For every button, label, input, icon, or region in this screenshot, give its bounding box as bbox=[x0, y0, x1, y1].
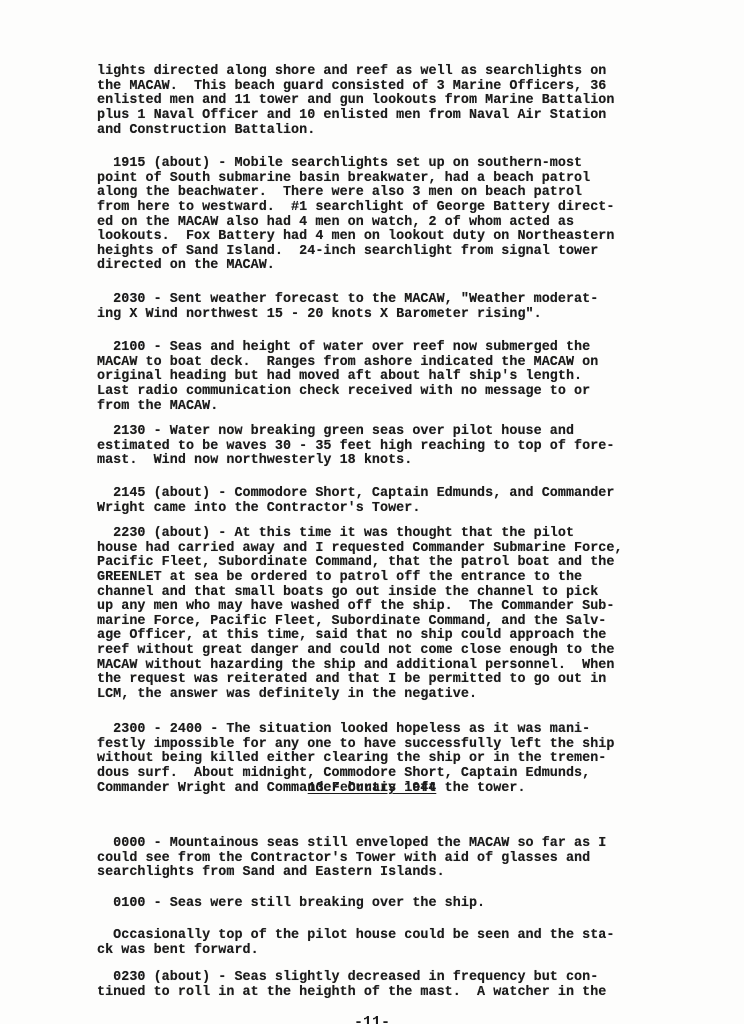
line: MACAW without hazarding the ship and add… bbox=[97, 658, 614, 673]
line: dous surf. About midnight, Commodore Sho… bbox=[97, 766, 590, 781]
line: up any men who may have washed off the s… bbox=[97, 599, 614, 614]
line: GREENLET at sea be ordered to patrol off… bbox=[97, 570, 582, 585]
line: 0000 - Mountainous seas still enveloped … bbox=[97, 836, 606, 851]
body-text-0230: 0230 (about) - Seas slightly decreased i… bbox=[97, 942, 663, 1024]
line: tinued to roll in at the heighth of the … bbox=[97, 985, 606, 1000]
page-number: -11- bbox=[0, 1014, 744, 1024]
line: point of South submarine basin breakwate… bbox=[97, 171, 590, 186]
line: channel and that small boats go out insi… bbox=[97, 585, 598, 600]
line: festly impossible for any one to have su… bbox=[97, 737, 614, 752]
line: 2030 - Sent weather forecast to the MACA… bbox=[97, 292, 598, 307]
line: age Officer, at this time, said that no … bbox=[97, 628, 606, 643]
line: the MACAW. This beach guard consisted of… bbox=[97, 79, 606, 94]
line: lights directed along shore and reef as … bbox=[97, 64, 606, 79]
line: 1915 (about) - Mobile searchlights set u… bbox=[97, 156, 582, 171]
line: lookouts. Fox Battery had 4 men on looko… bbox=[97, 229, 614, 244]
line: 2130 - Water now breaking green seas ove… bbox=[97, 424, 574, 439]
line: reef without great danger and could not … bbox=[97, 643, 614, 658]
paragraph-2230: 2230 (about) - At this time it was thoug… bbox=[97, 527, 663, 702]
line: house had carried away and I requested C… bbox=[97, 541, 623, 556]
line: estimated to be waves 30 - 35 feet high … bbox=[97, 439, 614, 454]
line: without being killed either clearing the… bbox=[97, 751, 606, 766]
line: 2300 - 2400 - The situation looked hopel… bbox=[97, 722, 590, 737]
line: Occasionally top of the pilot house coul… bbox=[97, 928, 614, 943]
line: marine Force, Pacific Fleet, Subordinate… bbox=[97, 614, 606, 629]
line: original heading but had moved aft about… bbox=[97, 369, 582, 384]
line: ed on the MACAW also had 4 men on watch,… bbox=[97, 215, 574, 230]
line: 0230 (about) - Seas slightly decreased i… bbox=[97, 970, 598, 985]
line: MACAW to boat deck. Ranges from ashore i… bbox=[97, 355, 598, 370]
body-text-2300: 2300 - 2400 - The situation looked hopel… bbox=[97, 694, 663, 825]
document-page: lights directed along shore and reef as … bbox=[0, 0, 744, 1024]
line: heights of Sand Island. 24-inch searchli… bbox=[97, 244, 598, 259]
line: enlisted men and 11 tower and gun lookou… bbox=[97, 93, 614, 108]
line: 2230 (about) - At this time it was thoug… bbox=[97, 526, 574, 541]
line: the request was reiterated and that I be… bbox=[97, 672, 606, 687]
line: from here to westward. #1 searchlight of… bbox=[97, 200, 614, 215]
paragraph-0230: 0230 (about) - Seas slightly decreased i… bbox=[97, 971, 663, 1000]
line: 2100 - Seas and height of water over ree… bbox=[97, 340, 590, 355]
paragraph-1915: 1915 (about) - Mobile searchlights set u… bbox=[97, 157, 663, 274]
line: could see from the Contractor's Tower wi… bbox=[97, 851, 590, 866]
date-heading: 13 February 1944 bbox=[0, 781, 744, 796]
line: plus 1 Naval Officer and 10 enlisted men… bbox=[97, 108, 606, 123]
line: Pacific Fleet, Subordinate Command, that… bbox=[97, 555, 614, 570]
line: along the beachwater. There were also 3 … bbox=[97, 185, 582, 200]
